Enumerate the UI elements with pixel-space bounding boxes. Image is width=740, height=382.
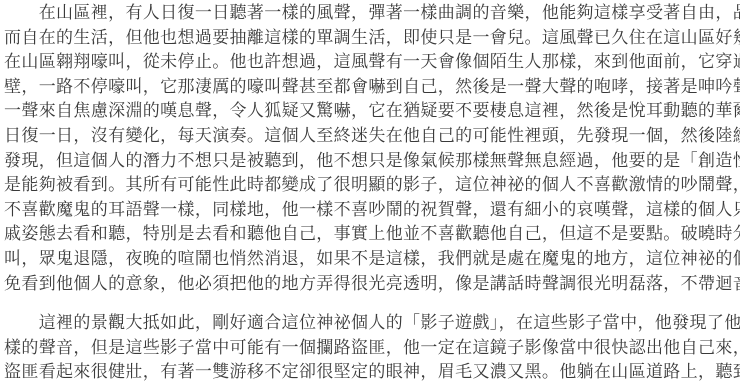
text-line: 壁，一路不停嚎叫，它那淒厲的嚎叫聲甚至都會嚇到自己，然後是一聲大聲的咆哮，接著是… — [4, 75, 738, 100]
text-line: 不喜歡魔鬼的耳語聲一樣，同樣地，他一樣不喜吵鬧的祝賀聲，還有細小的哀嘆聲，這樣的… — [4, 198, 738, 223]
text-line: 盜匪看起來很健壯，有著一雙游移不定卻很堅定的眼神，眉毛又濃又黑。他躺在山區道路上… — [4, 360, 738, 382]
text-line: 是能夠被看到。其所有可能性此時都變成了很明顯的影子，這位神祕的個人不喜歡激情的吵… — [4, 173, 738, 198]
text-line: 而自在的生活，但他也想過要抽離這樣的單調生活，即使只是一會兒。這風聲已久住在這山… — [4, 26, 738, 51]
text-line: 在山區裡，有人日復一日聽著一樣的風聲，彈著一樣曲調的音樂，他能夠這樣享受著自由，… — [4, 1, 738, 26]
text-line: 這裡的景觀大抵如此，剛好適合這位神祕個人的「影子遊戲」，在這些影子當中，他發現了… — [4, 311, 738, 336]
paragraph-1: 在山區裡，有人日復一日聽著一樣的風聲，彈著一樣曲調的音樂，他能夠這樣享受著自由，… — [4, 1, 738, 296]
text-line: 免看到他個人的意象，他必須把他的地方弄得很光亮透明，像是講話時聲調很光明磊落，不… — [4, 272, 738, 297]
text-line: 一聲來自焦慮深淵的嘆息聲，令人狐疑又驚嚇，它在猶疑要不要棲息這裡，然後是悅耳動聽… — [4, 99, 738, 124]
text-line: 日復一日，沒有變化，每天演奏。這個人至終迷失在他自己的可能性裡頭，先發現一個，然… — [4, 124, 738, 149]
paragraph-2: 這裡的景觀大抵如此，剛好適合這位神祕個人的「影子遊戲」，在這些影子當中，他發現了… — [4, 311, 738, 382]
text-line: 戚姿態去看和聽，特別是去看和聽他自己，事實上他並不喜歡聽他自己，但這不是要點。破… — [4, 222, 738, 247]
document-body: 在山區裡，有人日復一日聽著一樣的風聲，彈著一樣曲調的音樂，他能夠這樣享受著自由，… — [4, 1, 738, 382]
text-line: 叫，眾鬼退隱，夜晚的喧鬧也悄然消退，如果不是這樣，我們就是處在魔鬼的地方，這位神… — [4, 247, 738, 272]
text-line: 在山區翱翔嚎叫，從未停止。他也許想過，這風聲有一天會像個陌生人那樣，來到他面前，… — [4, 50, 738, 75]
text-line: 樣的聲音，但是這些影子當中可能有一個攔路盜匪，他一定在這鏡子影像當中很快認出他自… — [4, 336, 738, 361]
text-line: 發現，但這個人的潛力不想只是被聽到，他不想只是像氣候那樣無聲無息經過，他要的是「… — [4, 149, 738, 174]
